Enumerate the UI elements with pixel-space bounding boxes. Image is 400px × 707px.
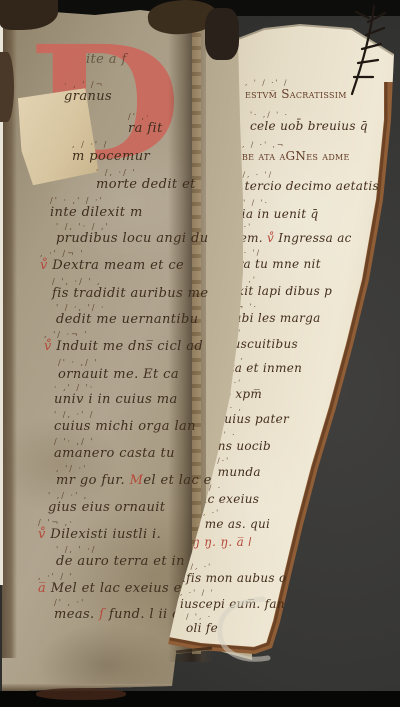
leather-bottom <box>36 688 126 700</box>
leather-knot <box>205 8 239 60</box>
page-step-shadow <box>176 648 212 652</box>
overlay-decorations <box>0 0 400 707</box>
clasp-loop-icon <box>220 599 268 659</box>
manuscript-photo: D ite a f · , ' /¬granus /' ,·ra fit , /… <box>0 0 400 707</box>
leather-fray <box>0 52 14 122</box>
pen-flourish-icon <box>352 6 385 94</box>
